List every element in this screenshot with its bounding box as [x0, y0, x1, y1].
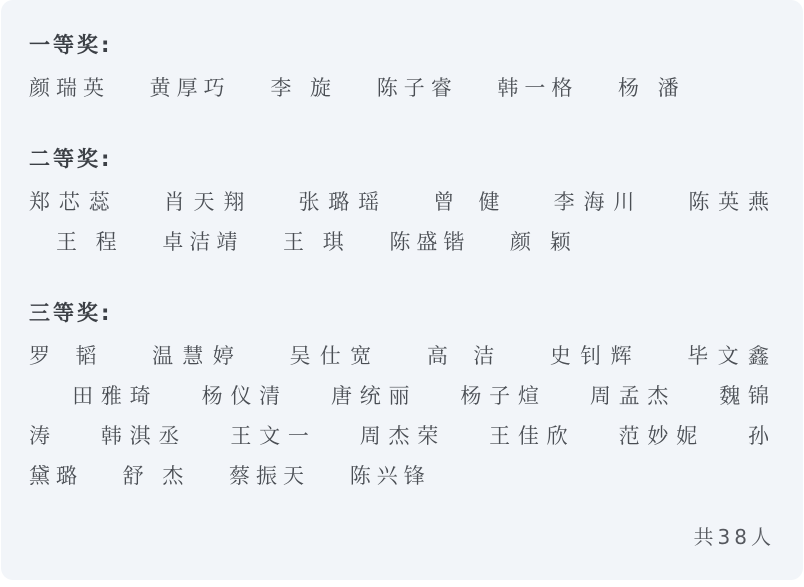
- third-prize-heading: 三等奖:: [29, 298, 775, 328]
- name-line: 罗 韬 温慧婷 吴仕宽 高 洁 史钊辉 毕文鑫: [29, 336, 775, 376]
- first-prize-heading: 一等奖:: [29, 30, 775, 60]
- award-list-card: 一等奖: 颜瑞英 黄厚巧 李 旋 陈子睿 韩一格 杨 潘 二等奖: 郑芯蕊 肖天…: [1, 0, 803, 580]
- name-line: 王 程 卓洁靖 王 琪 陈盛锴 颜 颖: [29, 222, 775, 262]
- name-line: 郑芯蕊 肖天翔 张璐瑶 曾 健 李海川 陈英燕: [29, 182, 775, 222]
- name-line: 田雅琦 杨仪清 唐统丽 杨子煊 周孟杰 魏锦: [29, 376, 775, 416]
- name-line: 涛 韩淇丞 王文一 周杰荣 王佳欣 范妙妮 孙: [29, 416, 775, 456]
- third-prize-section: 三等奖: 罗 韬 温慧婷 吴仕宽 高 洁 史钊辉 毕文鑫 田雅琦 杨仪清 唐统丽…: [29, 298, 775, 496]
- second-prize-heading: 二等奖:: [29, 144, 775, 174]
- total-count: 共38人: [29, 522, 775, 552]
- second-prize-section: 二等奖: 郑芯蕊 肖天翔 张璐瑶 曾 健 李海川 陈英燕 王 程 卓洁靖 王 琪…: [29, 144, 775, 262]
- name-line: 黛璐 舒 杰 蔡振天 陈兴锋: [29, 456, 775, 496]
- name-line: 颜瑞英 黄厚巧 李 旋 陈子睿 韩一格 杨 潘: [29, 68, 775, 108]
- first-prize-section: 一等奖: 颜瑞英 黄厚巧 李 旋 陈子睿 韩一格 杨 潘: [29, 30, 775, 108]
